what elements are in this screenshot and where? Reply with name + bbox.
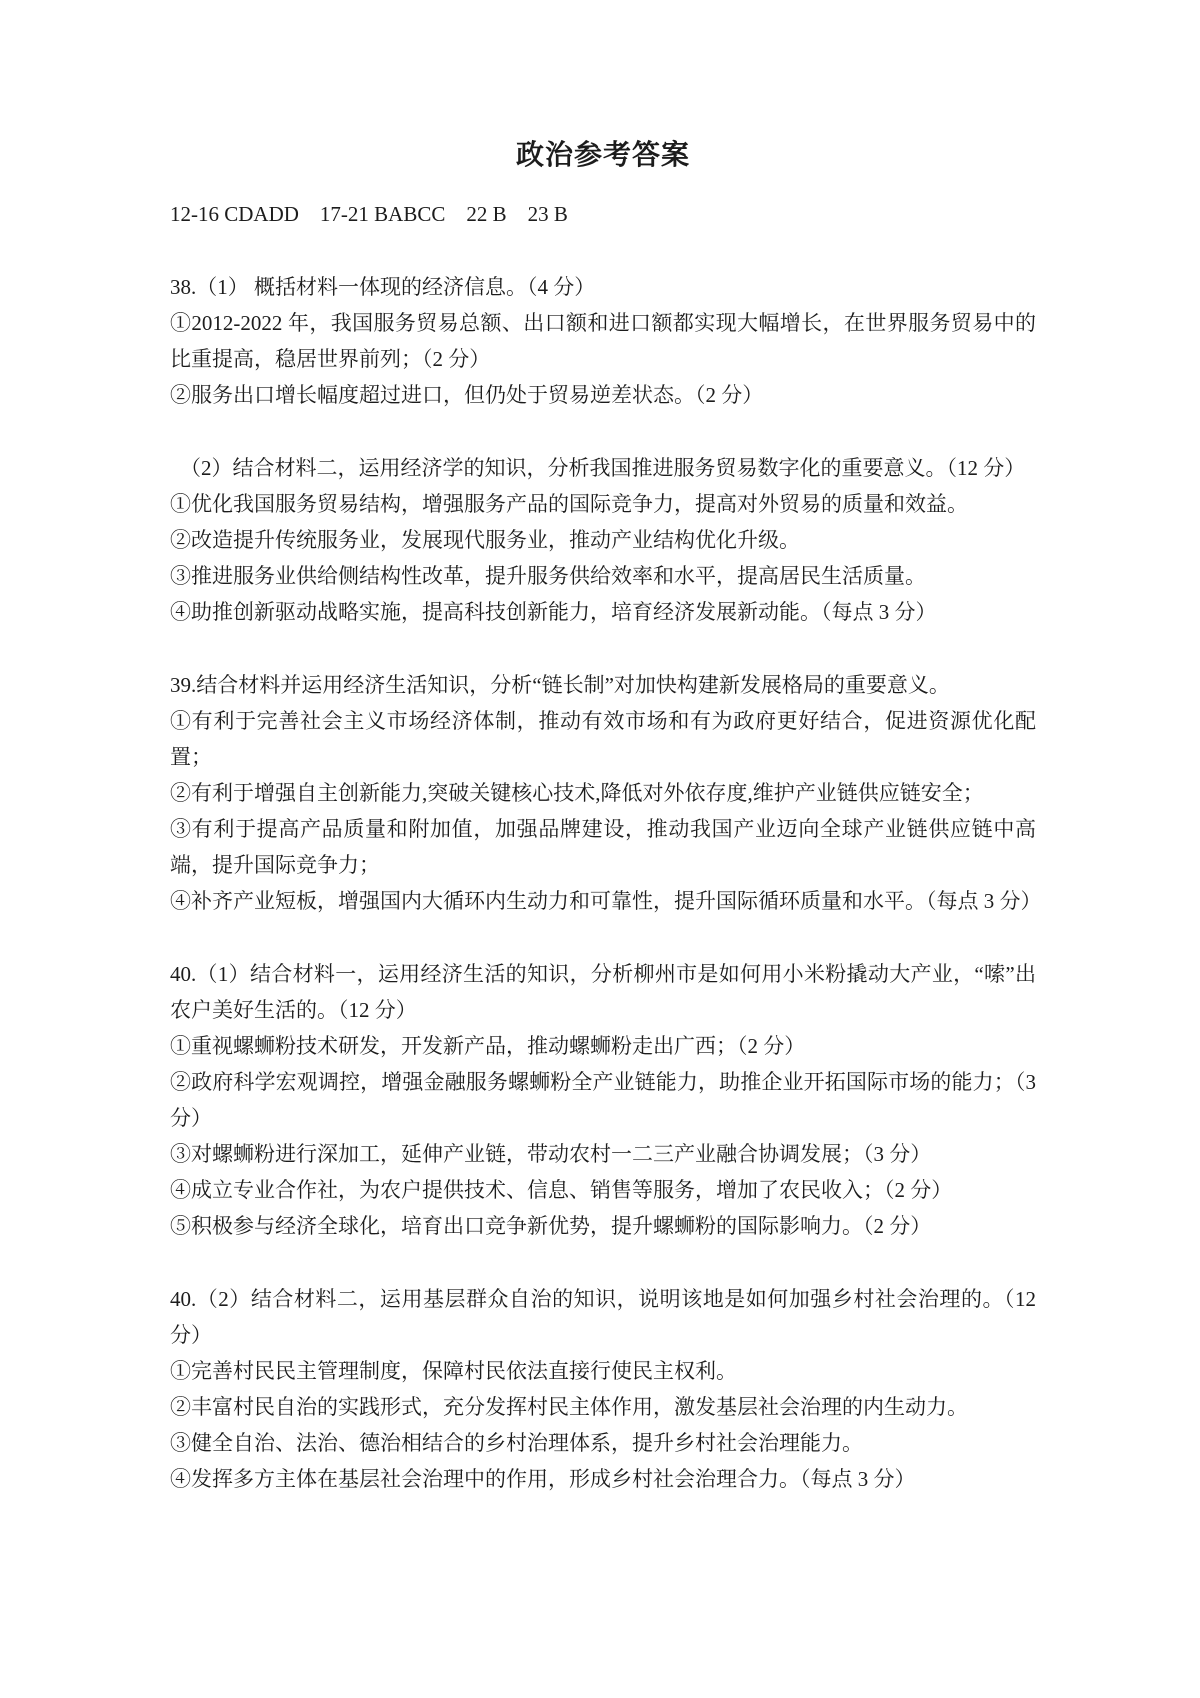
- section-question-39: 39.结合材料并运用经济生活知识，分析“链长制”对加快构建新发展格局的重要意义。…: [170, 667, 1036, 919]
- answer-point: ②服务出口增长幅度超过进口，但仍处于贸易逆差状态。（2 分）: [170, 377, 1036, 413]
- answer-point: ③有利于提高产品质量和附加值，加强品牌建设，推动我国产业迈向全球产业链供应链中高…: [170, 811, 1036, 883]
- answer-point: ②有利于增强自主创新能力,突破关键核心技术,降低对外依存度,维护产业链供应链安全…: [170, 775, 1036, 811]
- objective-answers-line: 12-16 CDADD 17-21 BABCC 22 B 23 B: [170, 196, 1036, 232]
- answer-point: ④发挥多方主体在基层社会治理中的作用，形成乡村社会治理合力。（每点 3 分）: [170, 1461, 1036, 1497]
- section-question-40-part-1: 40.（1）结合材料一，运用经济生活的知识，分析柳州市是如何用小米粉撬动大产业，…: [170, 956, 1036, 1244]
- answer-point: ②改造提升传统服务业，发展现代服务业，推动产业结构优化升级。: [170, 522, 1036, 558]
- answer-point: ④补齐产业短板，增强国内大循环内生动力和可靠性，提升国际循环质量和水平。（每点 …: [170, 883, 1036, 919]
- answer-point: ②丰富村民自治的实践形式，充分发挥村民主体作用，激发基层社会治理的内生动力。: [170, 1389, 1036, 1425]
- answer-point: ①优化我国服务贸易结构，增强服务产品的国际竞争力，提高对外贸易的质量和效益。: [170, 486, 1036, 522]
- answer-point: ③推进服务业供给侧结构性改革，提升服务供给效率和水平，提高居民生活质量。: [170, 558, 1036, 594]
- answer-point: ③对螺蛳粉进行深加工，延伸产业链，带动农村一二三产业融合协调发展；（3 分）: [170, 1136, 1036, 1172]
- answer-point: ③健全自治、法治、德治相结合的乡村治理体系，提升乡村社会治理能力。: [170, 1425, 1036, 1461]
- answer-point: ④成立专业合作社，为农户提供技术、信息、销售等服务，增加了农民收入；（2 分）: [170, 1172, 1036, 1208]
- answer-point: ①2012-2022 年，我国服务贸易总额、出口额和进口额都实现大幅增长，在世界…: [170, 305, 1036, 377]
- question-38-2-heading: （2）结合材料二，运用经济学的知识，分析我国推进服务贸易数字化的重要意义。（12…: [170, 450, 1036, 486]
- question-40-1-heading: 40.（1）结合材料一，运用经济生活的知识，分析柳州市是如何用小米粉撬动大产业，…: [170, 956, 1036, 1028]
- question-39-heading: 39.结合材料并运用经济生活知识，分析“链长制”对加快构建新发展格局的重要意义。: [170, 667, 1036, 703]
- question-40-2-heading: 40.（2）结合材料二，运用基层群众自治的知识，说明该地是如何加强乡村社会治理的…: [170, 1281, 1036, 1353]
- answer-point: ②政府科学宏观调控，增强金融服务螺蛳粉全产业链能力，助推企业开拓国际市场的能力；…: [170, 1064, 1036, 1136]
- document-body: 政治参考答案 12-16 CDADD 17-21 BABCC 22 B 23 B…: [170, 140, 1036, 1497]
- answer-point: ①完善村民民主管理制度，保障村民依法直接行使民主权利。: [170, 1353, 1036, 1389]
- document-title: 政治参考答案: [170, 140, 1036, 172]
- answer-point: ①重视螺蛳粉技术研发，开发新产品，推动螺蛳粉走出广西；（2 分）: [170, 1028, 1036, 1064]
- exam-answer-document-page: 政治参考答案 12-16 CDADD 17-21 BABCC 22 B 23 B…: [0, 0, 1200, 1698]
- section-question-38-part-2: （2）结合材料二，运用经济学的知识，分析我国推进服务贸易数字化的重要意义。（12…: [170, 450, 1036, 630]
- section-question-38-part-1: 38.（1） 概括材料一体现的经济信息。（4 分） ①2012-2022 年，我…: [170, 269, 1036, 413]
- section-question-40-part-2: 40.（2）结合材料二，运用基层群众自治的知识，说明该地是如何加强乡村社会治理的…: [170, 1281, 1036, 1497]
- question-38-1-heading: 38.（1） 概括材料一体现的经济信息。（4 分）: [170, 269, 1036, 305]
- answer-point: ⑤积极参与经济全球化，培育出口竞争新优势，提升螺蛳粉的国际影响力。（2 分）: [170, 1208, 1036, 1244]
- answer-point: ④助推创新驱动战略实施，提高科技创新能力，培育经济发展新动能。（每点 3 分）: [170, 594, 1036, 630]
- answer-point: ①有利于完善社会主义市场经济体制，推动有效市场和有为政府更好结合，促进资源优化配…: [170, 703, 1036, 775]
